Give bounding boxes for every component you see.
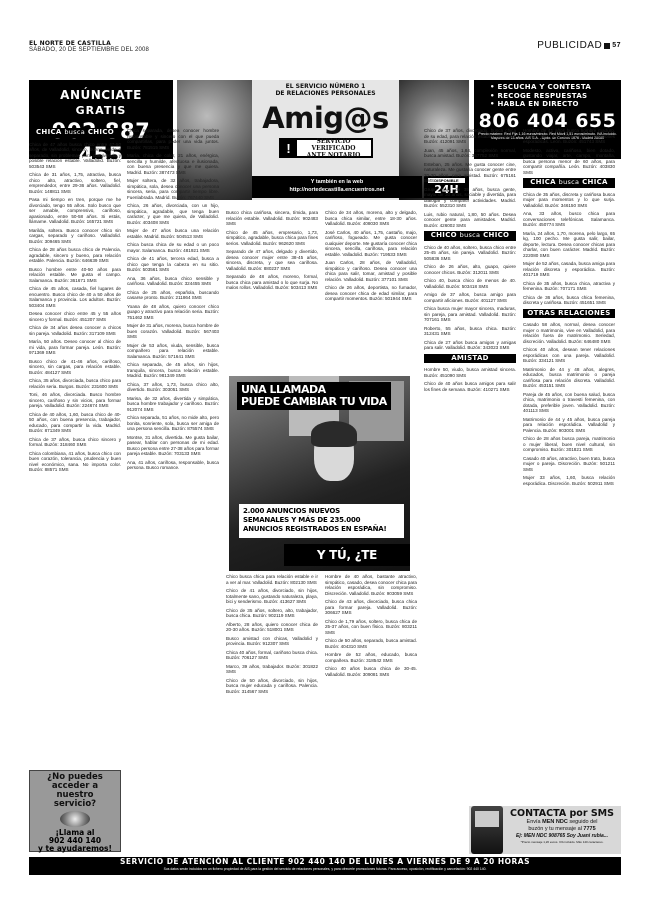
classified-ad: Chico de 41 años, divorciado, sin hijos,… [226,588,318,605]
classified-ad: Mujer de 52 años, casada, busca amiga pa… [523,261,615,278]
feature-talk: • HABLA EN DIRECTO [490,100,621,109]
classified-ad: Desea conocer chico entre 45 y 55 años s… [29,311,121,322]
classified-ad: Chica 40 años, formal, cariñoso busca ch… [226,650,318,661]
classified-ad: Busco amistad con chicas, Valladolid y p… [226,636,318,647]
classified-ad: Chica de 35 años, discreta y cariñosa bu… [523,192,615,209]
help-phone: ¡Llama al 902 440 140 y te ayudaremos! [30,829,120,853]
classified-ad: Chica separada, desea conocer hombre res… [127,128,219,150]
classified-ad: Luis, rubio natural, 1,80, 50 años. Dese… [424,212,516,229]
classified-ad: Chica busca chica de su edad o un poco m… [127,242,219,253]
classified-ad: Chico de 34 años, moreno, alto y delgado… [325,210,417,227]
classified-ad: Busco hombre entre 40-50 años para relac… [29,267,121,284]
classified-ad: Chico 40 años busca chica de 30-45. Vall… [325,666,417,677]
classified-ad: Chica, 26 años, divorciada, con un hijo,… [127,203,219,225]
classified-ad: Chica colombiana, 41 años, busca chico c… [29,451,121,473]
classified-ad: Modesto, activo, cariñoso, bien dotado, … [523,148,615,176]
no-access-question: ¿No puedes acceder a nuestro servicio? [30,773,120,809]
section-header-chica-busca-chico: CHICA busca CHICO [29,128,121,138]
classified-ad: Chica, 37 años, 1,73, busca chico alto, … [127,382,219,393]
sms-contact-ad: CONTACTA por SMS Envía MEN NDC seguido d… [469,806,621,854]
classified-ad: Chica busca mujer mayor sincera, maduras… [424,306,516,323]
section-header-chica-busca-chica: CHICA busca CHICA [523,178,615,188]
column-3-lower: Chico busca chica para relación estable … [226,574,318,846]
column-6: Hombre de 41 años busca hombre maduro, m… [523,128,615,804]
sms-fine-print: *Precio mensaje 1,20 euros. IVA incluido… [505,840,619,844]
section-header-otras-relaciones: OTRAS RELACIONES [523,309,615,319]
sms-title: CONTACTA por SMS [505,808,619,819]
classified-ad: Hombre de 52 años, educado, busca compañ… [325,652,417,663]
feature-listen: • ESCUCHA Y CONTESTA [490,83,621,92]
classified-ad: Roberto, 55 años, busca chica. Buzón: 31… [424,326,516,337]
sms-instructions-1: Envía MEN NDC seguido del [505,819,619,826]
classified-ad: Chico de 37 años, divorciado, busca chic… [424,128,516,145]
classified-ad: Chica separada, 51 años, no mide alto, p… [127,415,219,432]
feature-collect: • RECOGE RESPUESTAS [490,92,621,101]
classified-ad: Chica de 47 años busca chico entre 47-50… [29,142,121,170]
classified-ad: Chica, 35 años, divorciada, busca chico … [29,378,121,389]
classified-ad: María, 24 años, 1,70, morena, pelo largo… [523,231,615,259]
classified-ad: Yoana de 48 años, quiero conocer chico g… [127,304,219,321]
classified-ad: Chico 40, busca chico de menos de 40. Va… [424,278,516,289]
classified-ad: Chico de 28 años busca pareja, matrimoni… [523,436,615,453]
section-name: PUBLICIDAD [537,40,602,51]
classified-ad: Grupo majo, de 35 años, busca gente, may… [424,187,516,209]
amigas-headline-2: DE RELACIONES PERSONALES [252,90,399,97]
classified-ad: Chico de 43 años, divorciado, busca chic… [325,599,417,616]
classified-ad: Montse, 31 años, divertida. Me gusta bai… [127,435,219,457]
classified-ad: Chico de 40 años, soltero, busca chico e… [424,245,516,262]
classified-ad: Mujer de 31 años, morena, busca hombre d… [127,323,219,340]
classified-ad: Hombre de 40 años, bastante atractivo, s… [325,574,417,596]
classified-ad: Busco chico de 41-46 años, cariñoso, sin… [29,359,121,376]
masthead: EL NORTE DE CASTILLA SÁBADO, 20 DE SEPTI… [29,40,621,60]
classified-ad: Chica de 40 años, 1,60, busca chico de 4… [29,412,121,434]
classified-ad: Juan, 45 años, 1,84, complexión normal, … [424,148,516,159]
classified-ad: María, chica de color, 21 años, enérgica… [127,153,219,175]
classified-ad: Chica de 37 años, busca chico sincero y … [29,437,121,448]
classified-ad: Mujer 33 años, 1,60, busca relación espo… [523,475,615,486]
classified-ad: Chico de 50 años, divorciado, sin hijos,… [226,678,318,695]
classified-ad: Chica separada, de 45 años, sin hijos, t… [127,362,219,379]
ad-headline: UNA LLAMADA PUEDE CAMBIAR TU VIDA [237,382,391,410]
column-5: Chico de 37 años, divorciado, busca chic… [424,128,516,806]
classified-ad: José Carlos, 40 años, 1,75, castaño, maj… [325,230,417,258]
call-can-change-life-ad: UNA LLAMADA PUEDE CAMBIAR TU VIDA 2.000 … [229,376,410,571]
column-1: CHICA busca CHICO Chica de 47 años busca… [29,128,121,768]
classified-ad: Chico de 26 años, deportista, no fumador… [325,285,417,302]
column-4-lower: Hombre de 40 años, bastante atractivo, s… [325,574,417,846]
classified-ad: Chico de 35 años, soltero, alto, trabaja… [226,608,318,619]
classified-ad: Mujer de 53 años, viuda, sensible, busca… [127,343,219,360]
classified-ad: Chico de 1,79 años, soltero, busca chica… [325,619,417,636]
issue-date: SÁBADO, 20 DE SEPTIEMBRE DEL 2008 [29,47,149,54]
classified-ad: Pasa mi tiempo en tren, porque me he div… [29,197,121,225]
page-number: 57 [612,42,621,49]
sms-example: Ej: MEN NDC 908765 Soy Juani rubia... [505,833,619,840]
classified-ad: Chica de 27 años busca amigos y amigas p… [424,340,516,351]
classified-ad: Hombre de 41 años busca hombre maduro, m… [523,128,615,145]
classified-ad: Chica de 41 años, tercera edad, busca a … [127,256,219,273]
footer-service-line: SERVICIO DE ATENCIÓN AL CLIENTE 902 440 … [29,857,621,867]
customer-service-footer: SERVICIO DE ATENCIÓN AL CLIENTE 902 440 … [29,857,621,875]
classified-ad: Separado de 48 años, moreno, formal, bus… [226,274,318,291]
classified-ad: Chica de 35 años, busca chica, atractiva… [523,281,615,292]
classified-ad: Esteban, 25 años. Me gusta conocer cine,… [424,162,516,184]
classified-ad: Chico busca chica para relación estable … [226,574,318,585]
ad-stats-box: 2.000 ANUNCIOS NUEVOS SEMANALES Y MÁS DE… [239,504,404,538]
classified-ad: Marco, 39 años, trabajador. Buzón: 30182… [226,664,318,675]
classified-ad: Chicos 40 años, desean tener relaciones … [523,347,615,364]
free-ad-subtitle: GRATIS [29,104,173,117]
classified-ad: Mujer soltera, de 32 años, trabajadora, … [127,178,219,200]
classified-ad: Ana, 36 años, busca chico sensible y car… [127,276,219,287]
classified-ad: Matrimonio de 44 y 45 años, busca pareja… [523,417,615,434]
no-access-help-ad: ¿No puedes acceder a nuestro servicio? ¡… [29,770,121,852]
column-4: Chico de 34 años, moreno, alto y delgado… [325,210,417,374]
classified-ad: Marisa, de 32 años, divertida y simpátic… [127,396,219,413]
footer-privacy-note: Sus datos serán incluidos en un fichero … [29,867,621,872]
classified-ad: Amigo de 37 años, busca amigo para compa… [424,292,516,303]
classified-ad: Juan Carlos, 28 años, de Valladolid, sim… [325,260,417,282]
classified-ad: Marilda, soltera. Busco conocer chico si… [29,228,121,245]
classified-ad: Chico de 26 años, alto, guapo, quiere co… [424,264,516,275]
classified-ad: Chico de 50 años, separado, busca amista… [325,638,417,649]
classified-ad: Ana, 33 años, busco chica para conversac… [523,211,615,228]
classified-ad: Ana, 41 años, cariñosa, responsable, bus… [127,460,219,471]
column-3: Busco chica cariñosa, sincera, tímida, p… [226,210,318,374]
classified-ad: Chico de 45 años, empresario, 1,73, simp… [226,230,318,247]
square-bullet-icon [604,43,610,49]
section-header-amistad: AMISTAD [424,354,516,364]
classified-ad: Mujer de 47 años busca una relación esta… [127,228,219,239]
telephone-icon [60,811,90,827]
sms-instructions-2: buzón y tu mensaje al 7775 [505,826,619,833]
section-header-chico-busca-chico: CHICO busca CHICO [424,231,516,241]
masthead-right: PUBLICIDAD 57 [537,40,621,51]
classified-ad: Chica de 34 años desea conocer a chicos … [29,325,121,336]
amigas-headline-1: EL SERVICIO NÚMERO 1 [252,83,399,90]
classified-ad: Chica de 25 años, española, buscando cas… [127,290,219,301]
classified-ad: Chica de 45 años, casada, fiel lugares d… [29,286,121,308]
masthead-left: EL NORTE DE CASTILLA SÁBADO, 20 DE SEPTI… [29,40,149,54]
classified-ad: Matrimonio de 44 y 48 años, alegres, edu… [523,367,615,389]
classified-ad: Chica de 36 años, busca chica femenina, … [523,295,615,306]
classified-ad: Alberto, 28 años, quiero conocer chica d… [226,622,318,633]
classified-ad: Chico de 40 años busca amigos para salir… [424,381,516,392]
classified-ad: Pareja de 45 años, con buena salud, busc… [523,392,615,414]
classified-ad: María, 50 años. Deseo conocer al chico d… [29,339,121,356]
mobile-phone-icon [471,806,503,854]
classified-ad: Chica de 31 años, 1,75, atractiva, busca… [29,172,121,194]
classified-ad: Casado 58 años, normal, desea conocer mu… [523,322,615,344]
classified-ad: Busco chica cariñosa, sincera, tímida, p… [226,210,318,227]
newspaper-name: EL NORTE DE CASTILLA [29,40,149,47]
ad-call-to-action: Y TÚ, ¿TE ATREVES? [284,544,410,566]
classified-ad: Toni, 46 años, divorciada. Busco hombre … [29,392,121,409]
classified-ad: Chica de 28 años busca chico de Palencia… [29,247,121,264]
classified-ad: Hombre 50, viudo, busca amistad sincera.… [424,367,516,378]
classified-ad: Casado 40 años, atractivo, buen trato, b… [523,456,615,473]
column-2: Chica separada, desea conocer hombre res… [127,128,219,846]
free-ad-title: ANÚNCIATE [29,88,173,102]
classified-ad: Separado de 47 años, delgado y divertido… [226,249,318,271]
